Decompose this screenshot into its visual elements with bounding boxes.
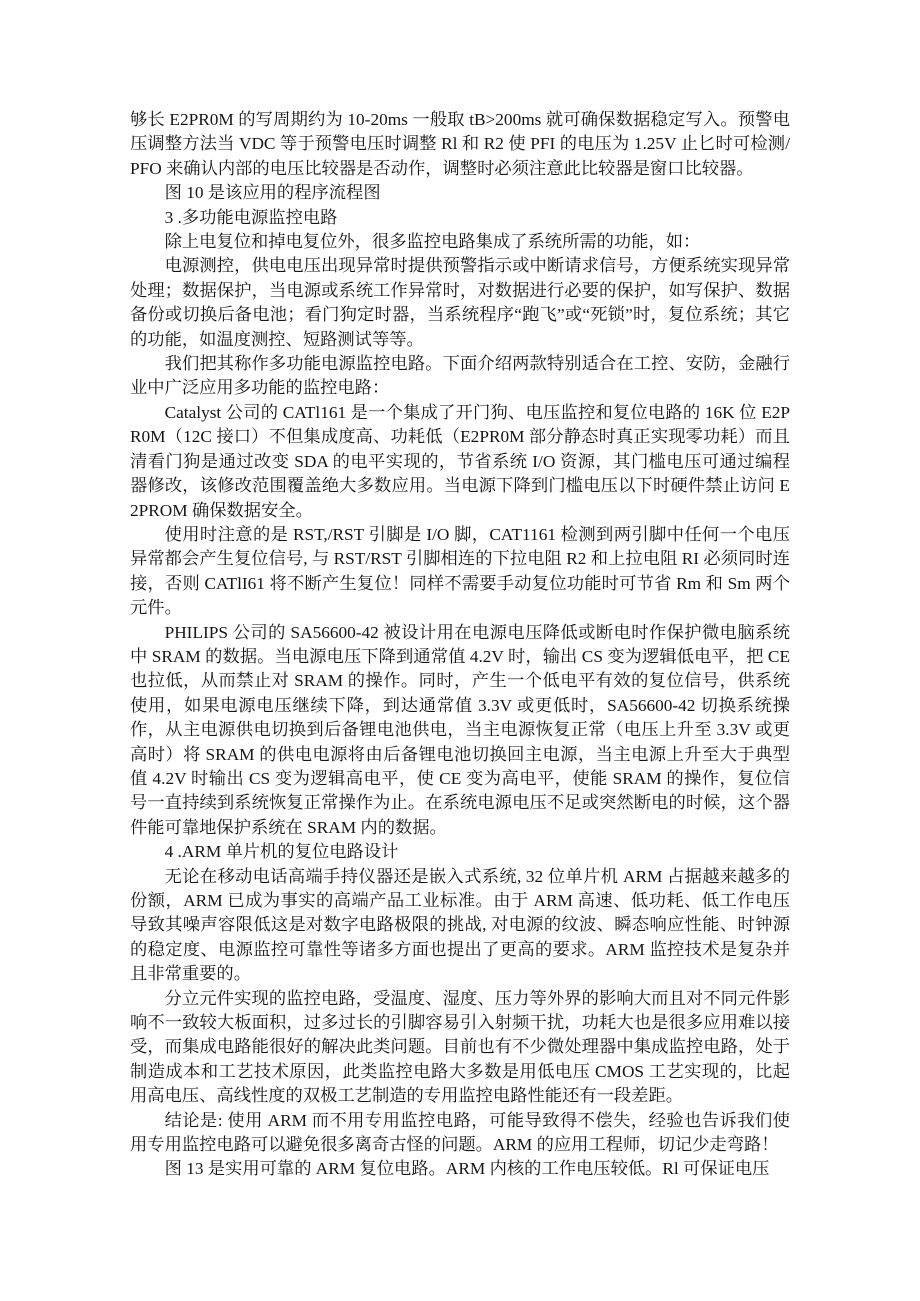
paragraph: 除上电复位和掉电复位外，很多监控电路集成了系统所需的功能，如： [130, 230, 790, 254]
paragraph-arm-overview: 无论在移动电话高端手持仪器还是嵌入式系统, 32 位单片机 ARM 占据越来越多… [130, 865, 790, 987]
paragraph-continued: 够长 E2PR0M 的写周期约为 10-20ms 一般取 tB>200ms 就可… [130, 108, 790, 181]
paragraph-conclusion: 结论是: 使用 ARM 而不用专用监控电路，可能导致得不偿失，经验也告诉我们使用… [130, 1109, 790, 1158]
paragraph: 电源测控，供电电压出现异常时提供预警指示或中断请求信号，方便系统实现异常处理；数… [130, 254, 790, 352]
section-heading-3: 3 .多功能电源监控电路 [130, 206, 790, 230]
section-heading-4: 4 .ARM 单片机的复位电路设计 [130, 840, 790, 864]
document-page: 够长 E2PR0M 的写周期约为 10-20ms 一般取 tB>200ms 就可… [0, 0, 920, 1301]
paragraph-figure13-intro: 图 13 是实用可靠的 ARM 复位电路。ARM 内核的工作电压较低。Rl 可保… [130, 1157, 790, 1181]
paragraph-cat1161-usage: 使用时注意的是 RST,/RST 引脚是 I/O 脚，CAT1161 检测到两引… [130, 523, 790, 621]
paragraph-figure10-caption: 图 10 是该应用的程序流程图 [130, 181, 790, 205]
paragraph: 我们把其称作多功能电源监控电路。下面介绍两款特别适合在工控、安防，金融行业中广泛… [130, 352, 790, 401]
paragraph-discrete-vs-ic: 分立元件实现的监控电路，受温度、湿度、压力等外界的影响大而且对不同元件影响不一致… [130, 987, 790, 1109]
document-body: 够长 E2PR0M 的写周期约为 10-20ms 一般取 tB>200ms 就可… [130, 108, 790, 1182]
paragraph-philips-sa56600: PHILIPS 公司的 SA56600-42 被设计用在电源电压降低或断电时作保… [130, 621, 790, 841]
paragraph-catalyst: Catalyst 公司的 CATl161 是一个集成了开门狗、电压监控和复位电路… [130, 401, 790, 523]
